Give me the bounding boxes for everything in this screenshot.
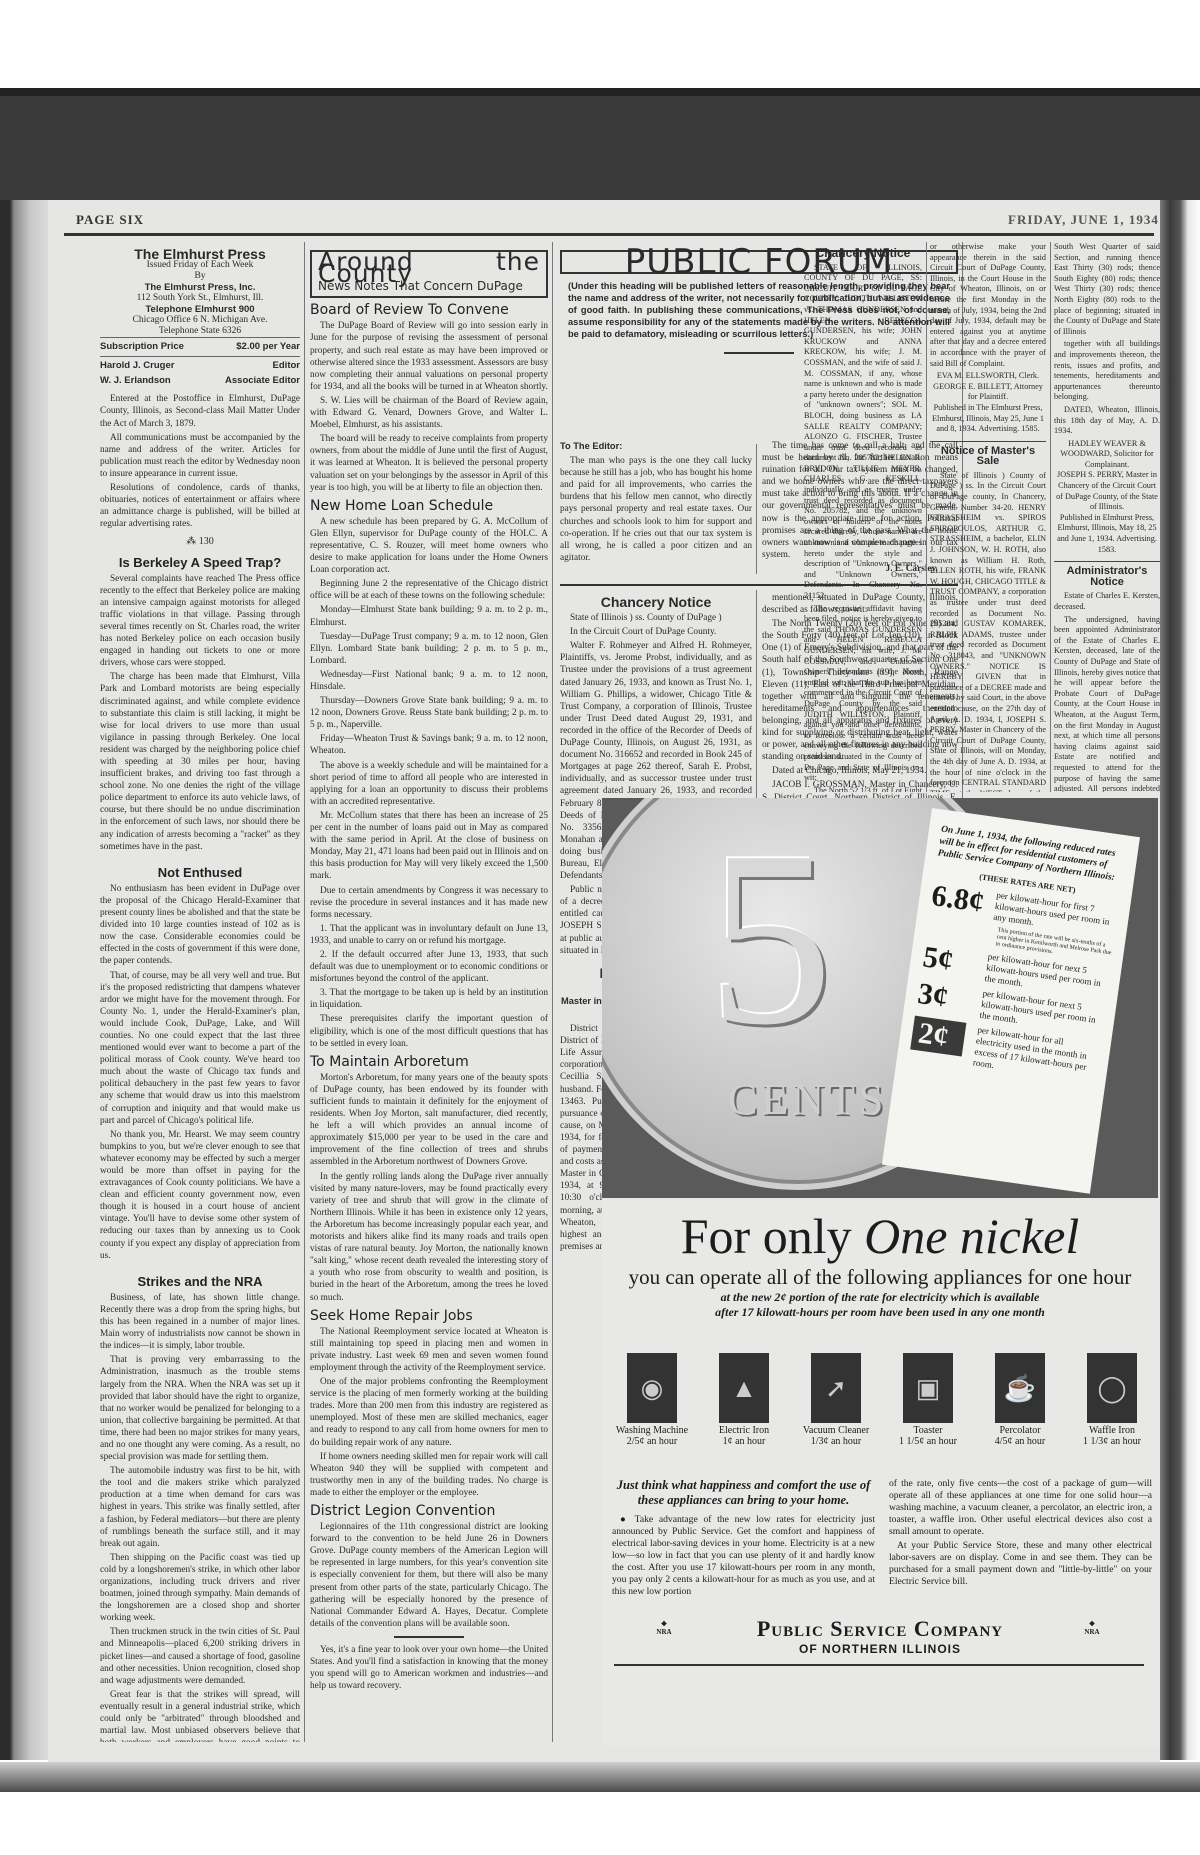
appliance-cost: 4/5¢ an hour <box>980 1436 1060 1447</box>
ad-paragraph: At your Public Service Store, these and … <box>889 1540 1152 1588</box>
electric-iron-icon: ▲ <box>719 1353 769 1423</box>
appliance-item: ▲ Electric Iron 1¢ an hour <box>704 1353 784 1447</box>
notice-title: Chancery Notice <box>804 248 922 259</box>
appliance-item: ◯ Waffle Iron 1 1/3¢ an hour <box>1072 1353 1152 1447</box>
appliance-cost: 2/5¢ an hour <box>612 1436 692 1447</box>
publication-note: Published in The Elmhurst Press, Elmhurs… <box>930 403 1046 435</box>
around-county-banner: Around the County News Notes That Concer… <box>310 250 548 298</box>
editorial-paragraph: Then truckmen struck in the twin cities … <box>100 1626 300 1686</box>
masthead-address: 112 South York St., Elmhurst, Ill. <box>100 293 300 304</box>
rate-amount: 6.8¢ <box>930 881 998 920</box>
editorial-paragraph: The charge has been made that Elmhurst, … <box>100 671 300 852</box>
coin-cents: CENTS <box>728 1074 887 1125</box>
headline-subline: at the new 2¢ portion of the rate for el… <box>602 1290 1158 1305</box>
company-subtitle: OF NORTHERN ILLINOIS <box>602 1642 1158 1656</box>
appliance-item: ◉ Washing Machine 2/5¢ an hour <box>612 1353 692 1447</box>
editorial-paragraph: Business, of late, has shown little chan… <box>100 1292 300 1352</box>
publication-note: Published in Elmhurst Press, Elmhurst, I… <box>1054 513 1160 555</box>
scan-left-edge <box>0 200 48 1770</box>
staff-row: Harold J. Cruger Editor <box>100 356 300 375</box>
washing-machine-icon: ◉ <box>627 1353 677 1423</box>
clerk-name: EVA M. ELLSWORTH, Clerk. <box>930 371 1046 382</box>
story-title: To Maintain Arboretum <box>310 1056 548 1068</box>
appliance-name: Toaster <box>888 1425 968 1436</box>
notice-paragraph: In the Circuit Court of DuPage County. <box>560 626 752 638</box>
issue-date: FRIDAY, JUNE 1, 1934 <box>1008 212 1159 228</box>
scan-dark-border <box>0 88 1200 200</box>
resolutions-note: Resolutions of condolence, cards of than… <box>100 482 300 530</box>
notice-paragraph: The undersigned, having been appointed A… <box>1054 615 1160 792</box>
headline-subline: after 17 kilowatt-hours per room have be… <box>602 1305 1158 1320</box>
story-paragraph: The board will be ready to receive compl… <box>310 433 548 493</box>
story-paragraph: 3. That the mortgage to be taken up is h… <box>310 987 548 1011</box>
ad-body-right: of the rate, only five cents—the cost of… <box>889 1478 1152 1600</box>
vacuum-cleaner-icon: ➚ <box>811 1353 861 1423</box>
banner-subtitle: News Notes That Concern DuPage <box>318 280 540 292</box>
coin-denomination: 5 <box>708 814 833 1064</box>
editorial-column: The Elmhurst Press Issued Friday of Each… <box>100 242 300 1742</box>
right-legal-column: South West Quarter of said Section, and … <box>1054 242 1160 792</box>
chancery-notice-2: Chancery Notice STATE OF ILLINOIS, COUNT… <box>804 242 922 792</box>
appliance-cost: 1¢ an hour <box>704 1436 784 1447</box>
appliance-cost: 1 1/3¢ an hour <box>1072 1436 1152 1447</box>
notice-paragraph: DATED, Wheaton, Illinois, this 18th day … <box>1054 405 1160 437</box>
appliance-name: Waffle Iron <box>1072 1425 1152 1436</box>
appliance-name: Electric Iron <box>704 1425 784 1436</box>
story-paragraph: S. W. Lies will be chairman of the Board… <box>310 395 548 431</box>
toaster-icon: ▣ <box>903 1353 953 1423</box>
subscription-price: $2.00 per Year <box>236 341 300 353</box>
notice-title: Administrator's Notice <box>1054 561 1160 587</box>
editorial-paragraph: Great fear is that the strikes will spre… <box>100 1689 300 1742</box>
attorney-name: GEORGE E. BILLETT, Attorney for Plaintif… <box>930 382 1046 403</box>
notice-paragraph: Estate of Charles E. Kersten, deceased. <box>1054 591 1160 612</box>
story-paragraph: Friday—Wheaton Trust & Savings bank; 9 a… <box>310 733 548 757</box>
company-logo: Public Service Company OF NORTHERN ILLIN… <box>602 1616 1158 1656</box>
story-paragraph: 1. That the applicant was in involuntary… <box>310 923 548 947</box>
chancery-continuation: or otherwise make your appearance therei… <box>930 242 1046 792</box>
editorial-paragraph: The automobile industry was first to be … <box>100 1465 300 1550</box>
staff-row: W. J. Erlandson Associate Editor <box>100 375 300 387</box>
editorial-paragraph: No enthusiasm has been evident in DuPage… <box>100 883 300 968</box>
masthead-by: By <box>100 271 300 282</box>
communications-note: All communications must be accompanied b… <box>100 432 300 480</box>
column-rule <box>304 242 305 1742</box>
story-paragraph: Monday—Elmhurst State bank building; 9 a… <box>310 604 548 628</box>
subscription-row: Subscription Price $2.00 per Year <box>100 337 300 356</box>
rate-amount: 3¢ <box>916 979 984 1018</box>
notice-paragraph: The North 52 1/3 ft. of Lot Eight (8) in… <box>804 786 922 792</box>
percolator-icon: ☕ <box>995 1353 1045 1423</box>
ad-bottom-rule <box>614 1664 1144 1666</box>
letter-paragraph: The man who pays is the one they call lu… <box>560 455 752 564</box>
editorial-title: Not Enthused <box>100 867 300 879</box>
masthead-publisher: The Elmhurst Press, Inc. <box>100 282 300 293</box>
story-paragraph: In the gently rolling lands along the Du… <box>310 1171 548 1304</box>
coin-panel: E PLURIBUS UNUM 5 CENTS On June 1, 1934,… <box>602 798 1158 1198</box>
editorial-paragraph: That is proving very embarrassing to the… <box>100 1354 300 1463</box>
appliance-name: Washing Machine <box>612 1425 692 1436</box>
headline-main: For only One nickel <box>602 1208 1158 1264</box>
appliance-item: ▣ Toaster 1 1/5¢ an hour <box>888 1353 968 1447</box>
story-paragraph: The DuPage Board of Review will go into … <box>310 320 548 393</box>
staff-name: W. J. Erlandson <box>100 375 171 387</box>
editorial-title: Strikes and the NRA <box>100 1276 300 1288</box>
story-title: New Home Loan Schedule <box>310 500 548 512</box>
story-title: Seek Home Repair Jobs <box>310 1310 548 1322</box>
company-name: Public Service Company <box>602 1616 1158 1642</box>
public-service-ad: E PLURIBUS UNUM 5 CENTS On June 1, 1934,… <box>602 798 1160 1746</box>
ad-body-left: Just think what happiness and comfort th… <box>612 1478 875 1600</box>
editorial-title: Is Berkeley A Speed Trap? <box>100 557 300 569</box>
ad-headline: For only One nickel you can operate all … <box>602 1208 1158 1320</box>
notice-paragraph: State of Illinois ) County of DuPage ) s… <box>930 471 1046 792</box>
story-paragraph: Beginning June 2 the representative of t… <box>310 578 548 602</box>
story-paragraph: Mr. McCollum states that there has been … <box>310 810 548 883</box>
story-title: Board of Review To Convene <box>310 304 548 316</box>
column-rule <box>926 242 927 792</box>
column-rule <box>552 242 553 1742</box>
forum-letter-left: To The Editor: The man who pays is the o… <box>560 440 752 570</box>
staff-name: Harold J. Cruger <box>100 360 174 372</box>
rate-amount: 5¢ <box>921 942 989 981</box>
ornament-icon: ⁂ 130 <box>100 536 300 548</box>
notice-title: Chancery Notice <box>560 596 752 608</box>
ad-paragraph: ● Take advantage of the new low rates fo… <box>612 1514 875 1598</box>
appliance-item: ➚ Vacuum Cleaner 1/3¢ an hour <box>796 1353 876 1447</box>
notice-paragraph: State of Illinois ) ss. County of DuPage… <box>560 612 752 624</box>
story-paragraph: A new schedule has been prepared by G. A… <box>310 516 548 576</box>
banner-title: Around the County <box>318 256 540 280</box>
solicitor-name: HADLEY WEAVER & WOODWARD, Solicitor for … <box>1054 439 1160 471</box>
ad-think: Just think what happiness and comfort th… <box>612 1478 875 1508</box>
notice-paragraph: together with all buildings and improvem… <box>1054 339 1160 403</box>
story-paragraph: Due to certain amendments by Congress it… <box>310 885 548 921</box>
editorial-paragraph: Then shipping on the Pacific coast was t… <box>100 1552 300 1625</box>
story-paragraph: The National Reemployment service locate… <box>310 1326 548 1374</box>
notice-paragraph: South West Quarter of said Section, and … <box>1054 242 1160 337</box>
rate-amount: 2¢ <box>910 1016 966 1057</box>
appliance-list: ◉ Washing Machine 2/5¢ an hour ▲ Electri… <box>612 1353 1152 1447</box>
story-paragraph: The above is a weekly schedule and will … <box>310 760 548 808</box>
ad-body: Just think what happiness and comfort th… <box>612 1478 1152 1600</box>
story-paragraph: One of the major problems confronting th… <box>310 1376 548 1449</box>
masthead-telephone: Telephone Elmhurst 900 <box>100 304 300 315</box>
scan-right-edge <box>1160 200 1200 1770</box>
around-county-column: Around the County News Notes That Concer… <box>310 242 548 1742</box>
notice-title: Notice of Master's Sale <box>930 441 1046 467</box>
story-paragraph: Morton's Arboretum, for many years one o… <box>310 1072 548 1169</box>
story-paragraph: These prerequisites clarify the importan… <box>310 1013 548 1049</box>
letter-salutation: To The Editor: <box>560 440 752 452</box>
waffle-iron-icon: ◯ <box>1087 1353 1137 1423</box>
column-rule <box>756 444 757 574</box>
story-paragraph: 2. If the default occurred after June 13… <box>310 949 548 985</box>
notice-paragraph: STATE OF ILLINOIS, COUNTY OF DU PAGE, SS… <box>804 263 922 602</box>
story-paragraph: Thursday—Downers Grove State bank buildi… <box>310 695 548 731</box>
entry-note: Entered at the Postoffice in Elmhurst, D… <box>100 393 300 429</box>
story-paragraph: Legionnaires of the 11th congressional d… <box>310 1521 548 1630</box>
masthead-chicago-phone: Telephone State 6326 <box>100 326 300 337</box>
staff-role: Editor <box>273 360 300 372</box>
staff-role: Associate Editor <box>225 375 300 387</box>
notice-paragraph: or otherwise make your appearance therei… <box>930 242 1046 369</box>
ad-paragraph: of the rate, only five cents—the cost of… <box>889 1478 1152 1538</box>
closing-paragraph: Yes, it's a fine year to look over your … <box>310 1644 548 1692</box>
divider <box>394 1636 464 1638</box>
masthead-issued: Issued Friday of Each Week <box>100 260 300 271</box>
story-paragraph: Wednesday—First National bank; 9 a. m. t… <box>310 669 548 693</box>
story-paragraph: If home owners needing skilled men for r… <box>310 1451 548 1499</box>
notice-paragraph: The requisite affidavit having been file… <box>804 604 922 784</box>
appliance-item: ☕ Percolator 4/5¢ an hour <box>980 1353 1060 1447</box>
subscription-label: Subscription Price <box>100 341 184 353</box>
masthead-chicago-office: Chicago Office 6 N. Michigan Ave. <box>100 315 300 326</box>
divider <box>724 352 794 354</box>
appliance-cost: 1 1/5¢ an hour <box>888 1436 968 1447</box>
scan-bottom-shadow <box>0 1762 1200 1792</box>
editorial-paragraph: That, of course, may be all very well an… <box>100 970 300 1127</box>
appliance-name: Percolator <box>980 1425 1060 1436</box>
column-rule <box>1050 242 1051 792</box>
page-number: PAGE SIX <box>76 212 144 228</box>
story-title: District Legion Convention <box>310 1505 548 1517</box>
editorial-paragraph: No thank you, Mr. Hearst. We may seem co… <box>100 1129 300 1262</box>
appliance-cost: 1/3¢ an hour <box>796 1436 876 1447</box>
header-rule <box>64 233 1154 236</box>
appliance-name: Vacuum Cleaner <box>796 1425 876 1436</box>
masthead-title: The Elmhurst Press <box>100 248 300 260</box>
nra-eagle-icon: ❖NRA <box>1080 1620 1104 1642</box>
editorial-paragraph: Several complaints have reached The Pres… <box>100 573 300 670</box>
headline-sub: you can operate all of the following app… <box>602 1264 1158 1290</box>
story-paragraph: Tuesday—DuPage Trust company; 9 a. m. to… <box>310 631 548 667</box>
master-name: JOSEPH S. PERRY, Master in Chancery of t… <box>1054 470 1160 512</box>
